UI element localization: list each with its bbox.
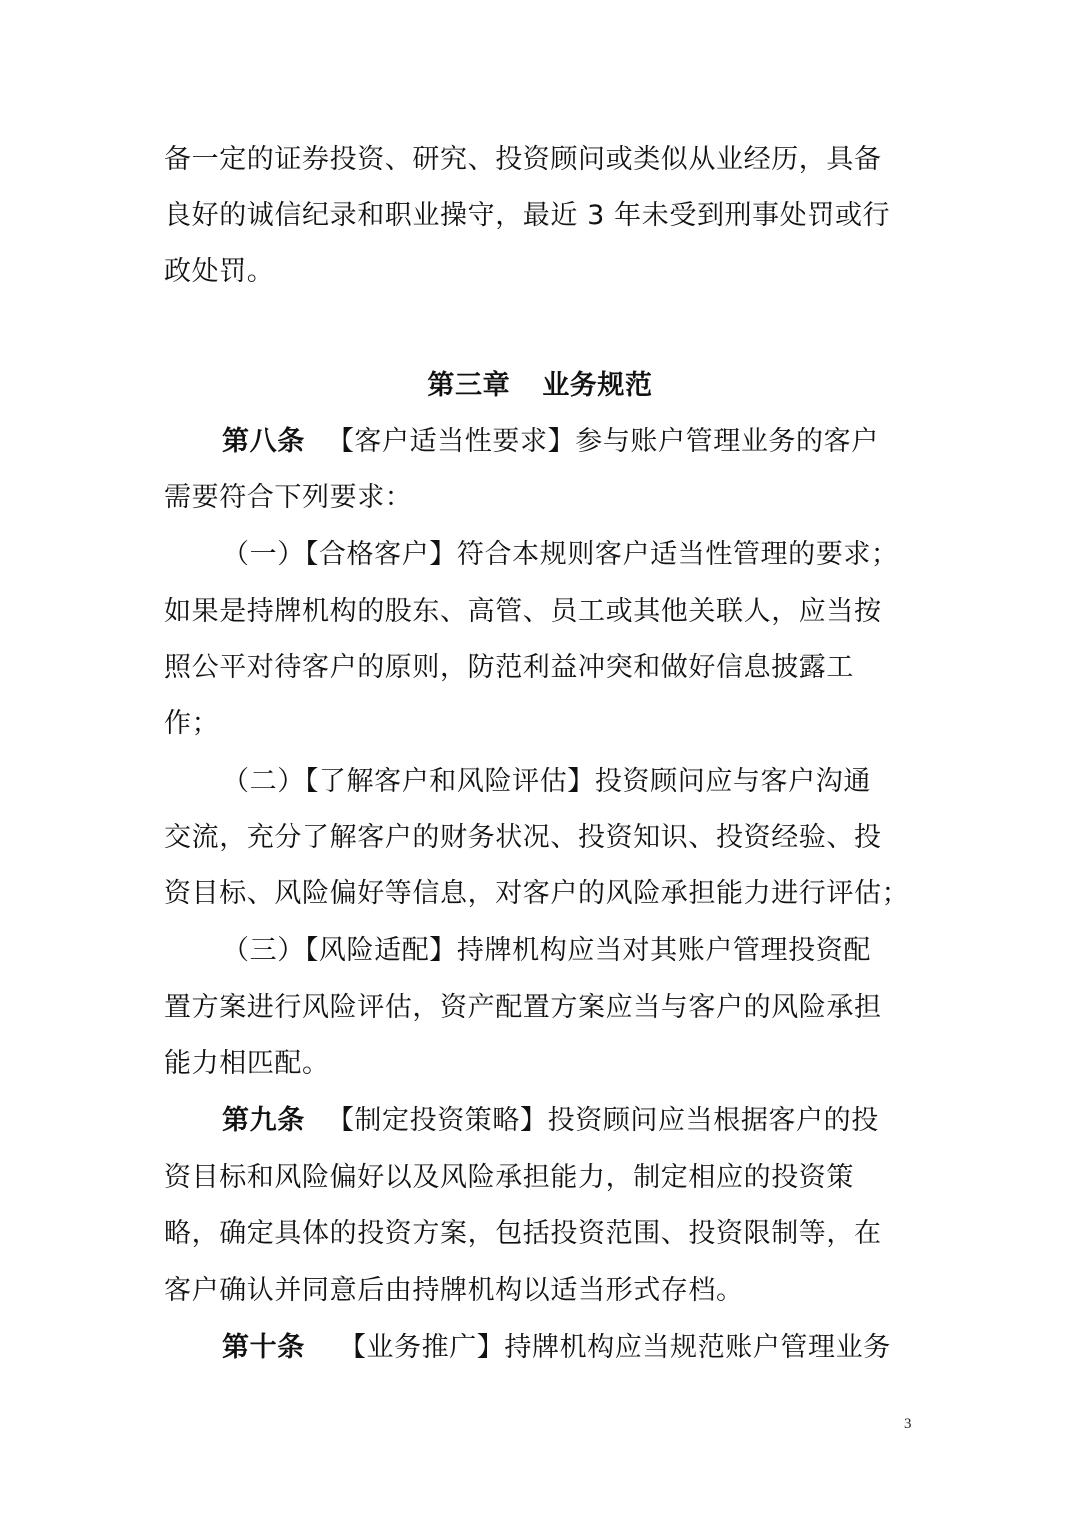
text-line: 交流，充分了解客户的财务状况、投资知识、投资经验、投 [164,818,924,858]
chapter-heading: 第三章业务规范 [0,366,1080,406]
item-1-first-line: （一）【合格客户】符合本规则客户适当性管理的要求； [222,535,924,575]
item-marker: （一） [222,539,305,570]
article-label: 第十条 [222,1332,305,1363]
text-line: 略，确定具体的投资方案，包括投资范围、投资限制等，在 [164,1214,924,1254]
article-10-first-line: 第十条【业务推广】持牌机构应当规范账户管理业务 [222,1328,924,1368]
text-line: 置方案进行风险评估，资产配置方案应当与客户的风险承担 [164,988,924,1028]
text-line: 良好的诚信纪录和职业操守，最近 3 年未受到刑事处罚或行 [164,196,924,236]
item-heading: 【了解客户和风险评估】 [305,766,595,797]
text-line: 客户确认并同意后由持牌机构以适当形式存档。 [164,1271,924,1311]
text-line: 备一定的证券投资、研究、投资顾问或类似从业经历，具备 [164,140,924,180]
text-line: 能力相匹配。 [164,1044,924,1084]
chapter-title: 业务规范 [542,370,652,401]
item-2-first-line: （二）【了解客户和风险评估】投资顾问应与客户沟通 [222,762,924,802]
item-heading: 【合格客户】 [305,539,457,570]
article-9-first-line: 第九条【制定投资策略】投资顾问应当根据客户的投 [222,1101,924,1141]
text-line: 政处罚。 [164,252,924,292]
article-8-first-line: 第八条【客户适当性要求】参与账户管理业务的客户 [222,422,924,462]
item-marker: （三） [222,935,305,966]
chapter-number: 第三章 [427,370,510,401]
item-3-first-line: （三）【风险适配】持牌机构应当对其账户管理投资配 [222,931,924,971]
page-number: 3 [904,1416,912,1433]
text-line: 如果是持牌机构的股东、高管、员工或其他关联人，应当按 [164,592,924,632]
article-label: 第八条 [222,426,305,457]
document-page: 备一定的证券投资、研究、投资顾问或类似从业经历，具备 良好的诚信纪录和职业操守，… [0,0,1080,1527]
article-heading: 【客户适当性要求】 [327,426,575,457]
article-heading: 【业务推广】 [339,1332,505,1363]
item-heading: 【风险适配】 [305,935,457,966]
article-heading: 【制定投资策略】 [327,1105,548,1136]
text-line: 照公平对待客户的原则，防范利益冲突和做好信息披露工 [164,648,924,688]
text-line: 作； [164,704,924,744]
text-line: 需要符合下列要求： [164,478,924,518]
item-marker: （二） [222,766,305,797]
article-label: 第九条 [222,1105,305,1136]
text-line: 资目标和风险偏好以及风险承担能力，制定相应的投资策 [164,1158,924,1198]
text-line: 资目标、风险偏好等信息，对客户的风险承担能力进行评估； [164,874,924,914]
